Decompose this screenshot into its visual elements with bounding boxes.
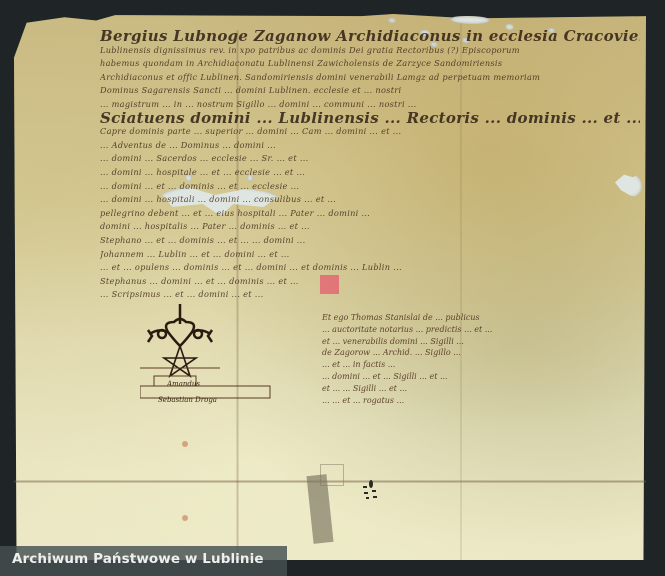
text-line: ... domini ... Sacerdos ... ecclesie ...…	[100, 152, 640, 166]
parchment-damage-hole	[388, 18, 396, 23]
text-line: domini ... hospitalis ... Pater ... domi…	[100, 220, 640, 234]
red-stamp-mark	[320, 275, 339, 294]
text-line: pellegrino debent ... et ... eius hospit…	[100, 207, 640, 221]
subscription-line: ... et ... in factis ...	[322, 359, 642, 371]
text-line: Dominus Sagarensis Sancti ... domini Lub…	[100, 84, 640, 98]
document-viewer: Bergius Lubnoge Zaganow Archidiaconus in…	[0, 0, 665, 576]
text-line: Johannem ... Lublin ... et ... domini ..…	[100, 248, 640, 262]
text-line: Archidiaconus et offic Lublinen. Sandomi…	[100, 71, 640, 85]
text-line: ... magistrum ... in ... nostrum Sigillo…	[100, 98, 640, 112]
subscription-line: de Zagorow ... Archid. ... Sigillo ...	[322, 347, 642, 359]
text-line: Stephanus ... domini ... et ... dominis …	[100, 275, 640, 289]
charter-main-text: Bergius Lubnoge Zaganow Archidiaconus in…	[100, 30, 640, 302]
stain-spot	[182, 441, 188, 447]
wax-seal-remnant-icon	[360, 478, 380, 502]
subscription-line: Et ego Thomas Stanislai de ... publicus	[322, 312, 642, 324]
text-line: Lublinensis dignissimus rev. in xpo patr…	[100, 44, 640, 58]
archive-watermark-text: Archiwum Państwowe w Lublinie	[12, 551, 264, 567]
text-line: ... Adventus de ... Dominus ... domini .…	[100, 139, 640, 153]
text-line: Stephano ... et ... dominis ... et ... .…	[100, 234, 640, 248]
notarial-sign-name: Sebastian Droga	[158, 396, 217, 404]
text-line: habemus quondam in Archidiaconatu Lublin…	[100, 57, 640, 71]
sciatuens-line: Sciatuens domini ... Lublinensis ... Rec…	[100, 112, 640, 126]
subscription-line: ... auctoritate notarius ... predictis .…	[322, 324, 642, 336]
text-line: Capre dominis parte ... superior ... dom…	[100, 125, 640, 139]
text-line: ... domini ... et ... dominis ... et ...…	[100, 180, 640, 194]
stain-spot	[182, 515, 188, 521]
subscription-line: ... ... et ... rogatus ...	[322, 395, 642, 407]
subscription-line: et ... ... Sigilli ... et ...	[322, 383, 642, 395]
text-line: ... domini ... hospitale ... et ... eccl…	[100, 166, 640, 180]
text-line: ... domini ... hospitali ... domini ... …	[100, 193, 640, 207]
text-line: ... et ... opulens ... dominis ... et ..…	[100, 261, 640, 275]
text-line: Sciatuens domini ... Lublinensis ... Rec…	[100, 112, 640, 126]
notary-subscription: Et ego Thomas Stanislai de ... publicus …	[322, 312, 642, 406]
subscription-line: ... domini ... et ... Sigilli ... et ...	[322, 371, 642, 383]
notarial-sign-label: Amandus	[167, 380, 200, 388]
text-line: Bergius Lubnoge Zaganow Archidiaconus in…	[100, 30, 640, 44]
opening-line: Bergius Lubnoge Zaganow Archidiaconus in…	[100, 30, 640, 44]
subscription-line: et ... venerabilis domini ... Sigilli ..…	[322, 336, 642, 348]
text-line: ... Scripsimus ... et ... domini ... et …	[100, 288, 640, 302]
